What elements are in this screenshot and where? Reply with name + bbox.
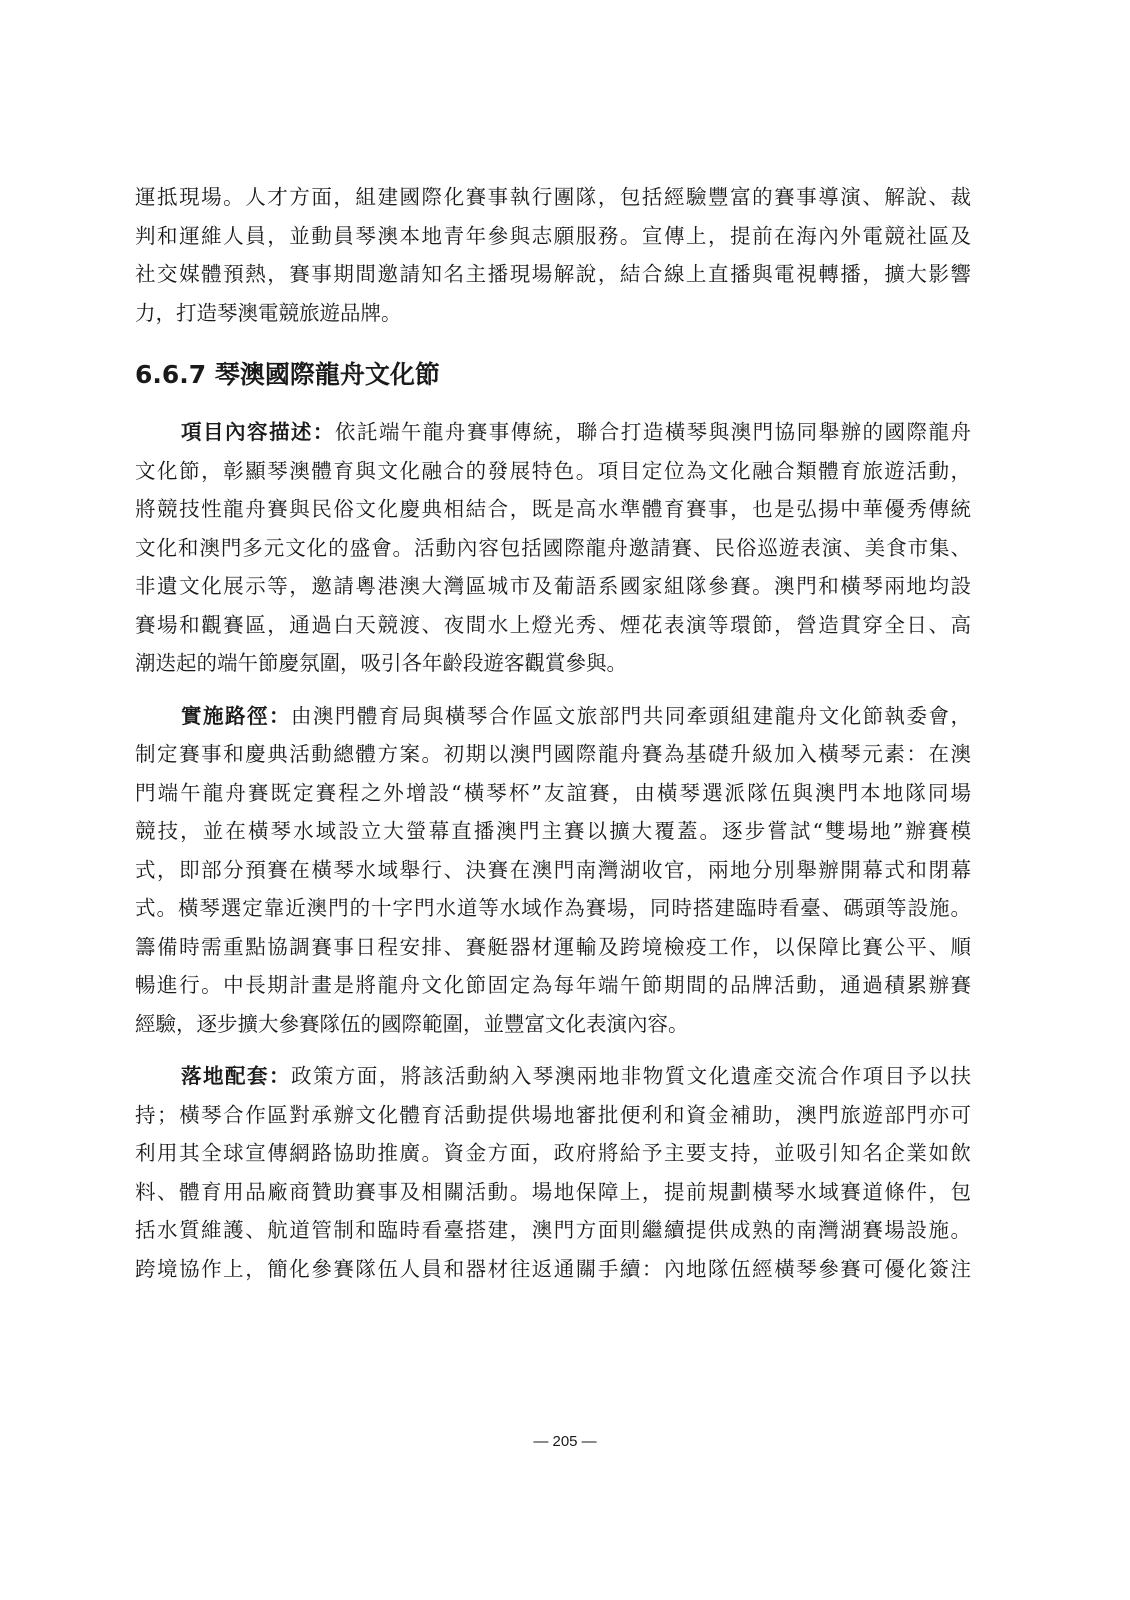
paragraph-lead: 實施路徑： <box>181 704 291 728</box>
text-line: 競技，並在橫琴水域設立大螢幕直播澳門主賽以擴大覆蓋。逐步嘗試“雙場地”辦賽模 <box>135 812 971 851</box>
text-line: 經驗，逐步擴大參賽隊伍的國際範圍，並豐富文化表演內容。 <box>135 1005 971 1044</box>
text-line-content: 依託端午龍舟賽事傳統，聯合打造橫琴與澳門協同舉辦的國際龍舟 <box>335 420 971 444</box>
paragraph-lead: 項目內容描述： <box>181 420 335 444</box>
section-heading: 6.6.7 琴澳國際龍舟文化節 <box>135 355 971 395</box>
document-page: 運抵現場。人才方面，組建國際化賽事執行團隊，包括經驗豐富的賽事導演、解說、裁 判… <box>135 178 971 1288</box>
page-number: — 205 — <box>0 1433 1130 1450</box>
text-line: 式。橫琴選定靠近澳門的十字門水道等水域作為賽場，同時搭建臨時看臺、碼頭等設施。 <box>135 889 971 928</box>
text-line: 運抵現場。人才方面，組建國際化賽事執行團隊，包括經驗豐富的賽事導演、解說、裁 <box>135 178 971 217</box>
text-line: 社交媒體預熱，賽事期間邀請知名主播現場解說，結合線上直播與電視轉播，擴大影響 <box>135 255 971 294</box>
text-line-content: 由澳門體育局與橫琴合作區文旅部門共同牽頭組建龍舟文化節執委會， <box>291 704 971 728</box>
text-line: 非遺文化展示等，邀請粵港澳大灣區城市及葡語系國家組隊參賽。澳門和橫琴兩地均設 <box>135 567 971 606</box>
paragraph-gap <box>135 1043 971 1057</box>
text-line: 式，即部分預賽在橫琴水域舉行、決賽在澳門南灣湖收官，兩地分別舉辦開幕式和閉幕 <box>135 851 971 890</box>
text-line: 賽場和觀賽區，通過白天競渡、夜間水上燈光秀、煙花表演等環節，營造貫穿全日、高 <box>135 606 971 645</box>
text-line: 料、體育用品廠商贊助賽事及相關活動。場地保障上，提前規劃橫琴水域賽道條件，包 <box>135 1173 971 1212</box>
text-line: 門端午龍舟賽既定賽程之外增設“橫琴杯”友誼賽，由橫琴選派隊伍與澳門本地隊同場 <box>135 774 971 813</box>
text-line: 落地配套：政策方面，將該活動納入琴澳兩地非物質文化遺產交流合作項目予以扶 <box>135 1057 971 1096</box>
text-line-content: 政策方面，將該活動納入琴澳兩地非物質文化遺產交流合作項目予以扶 <box>291 1064 971 1088</box>
text-line: 跨境協作上，簡化參賽隊伍人員和器材往返通關手續：內地隊伍經橫琴參賽可優化簽注 <box>135 1250 971 1289</box>
paragraph-gap <box>135 683 971 697</box>
paragraph-lead: 落地配套： <box>181 1064 291 1088</box>
text-line: 項目內容描述：依託端午龍舟賽事傳統，聯合打造橫琴與澳門協同舉辦的國際龍舟 <box>135 413 971 452</box>
text-line: 文化節，彰顯琴澳體育與文化融合的發展特色。項目定位為文化融合類體育旅遊活動， <box>135 452 971 491</box>
text-line: 判和運維人員，並動員琴澳本地青年參與志願服務。宣傳上，提前在海內外電競社區及 <box>135 217 971 256</box>
text-line: 籌備時需重點協調賽事日程安排、賽艇器材運輸及跨境檢疫工作，以保障比賽公平、順 <box>135 928 971 967</box>
paragraph-content-description: 項目內容描述：依託端午龍舟賽事傳統，聯合打造橫琴與澳門協同舉辦的國際龍舟 文化節… <box>135 413 971 683</box>
paragraph-implementation-path: 實施路徑：由澳門體育局與橫琴合作區文旅部門共同牽頭組建龍舟文化節執委會， 制定賽… <box>135 697 971 1044</box>
text-line: 潮迭起的端午節慶氛圍，吸引各年齡段遊客觀賞參與。 <box>135 644 971 683</box>
paragraph-supporting-measures: 落地配套：政策方面，將該活動納入琴澳兩地非物質文化遺產交流合作項目予以扶 持；橫… <box>135 1057 971 1288</box>
text-line: 制定賽事和慶典活動總體方案。初期以澳門國際龍舟賽為基礎升級加入橫琴元素：在澳 <box>135 735 971 774</box>
text-line: 利用其全球宣傳網路協助推廣。資金方面，政府將給予主要支持，並吸引知名企業如飲 <box>135 1134 971 1173</box>
text-line: 文化和澳門多元文化的盛會。活動內容包括國際龍舟邀請賽、民俗巡遊表演、美食市集、 <box>135 529 971 568</box>
text-line: 力，打造琴澳電競旅遊品牌。 <box>135 294 971 333</box>
intro-paragraph: 運抵現場。人才方面，組建國際化賽事執行團隊，包括經驗豐富的賽事導演、解說、裁 判… <box>135 178 971 332</box>
text-line: 持；橫琴合作區對承辦文化體育活動提供場地審批便利和資金補助，澳門旅遊部門亦可 <box>135 1096 971 1135</box>
text-line: 將競技性龍舟賽與民俗文化慶典相結合，既是高水準體育賽事，也是弘揚中華優秀傳統 <box>135 490 971 529</box>
text-line: 暢進行。中長期計畫是將龍舟文化節固定為每年端午節期間的品牌活動，通過積累辦賽 <box>135 966 971 1005</box>
text-line: 實施路徑：由澳門體育局與橫琴合作區文旅部門共同牽頭組建龍舟文化節執委會， <box>135 697 971 736</box>
text-line: 括水質維護、航道管制和臨時看臺搭建，澳門方面則繼續提供成熟的南灣湖賽場設施。 <box>135 1211 971 1250</box>
